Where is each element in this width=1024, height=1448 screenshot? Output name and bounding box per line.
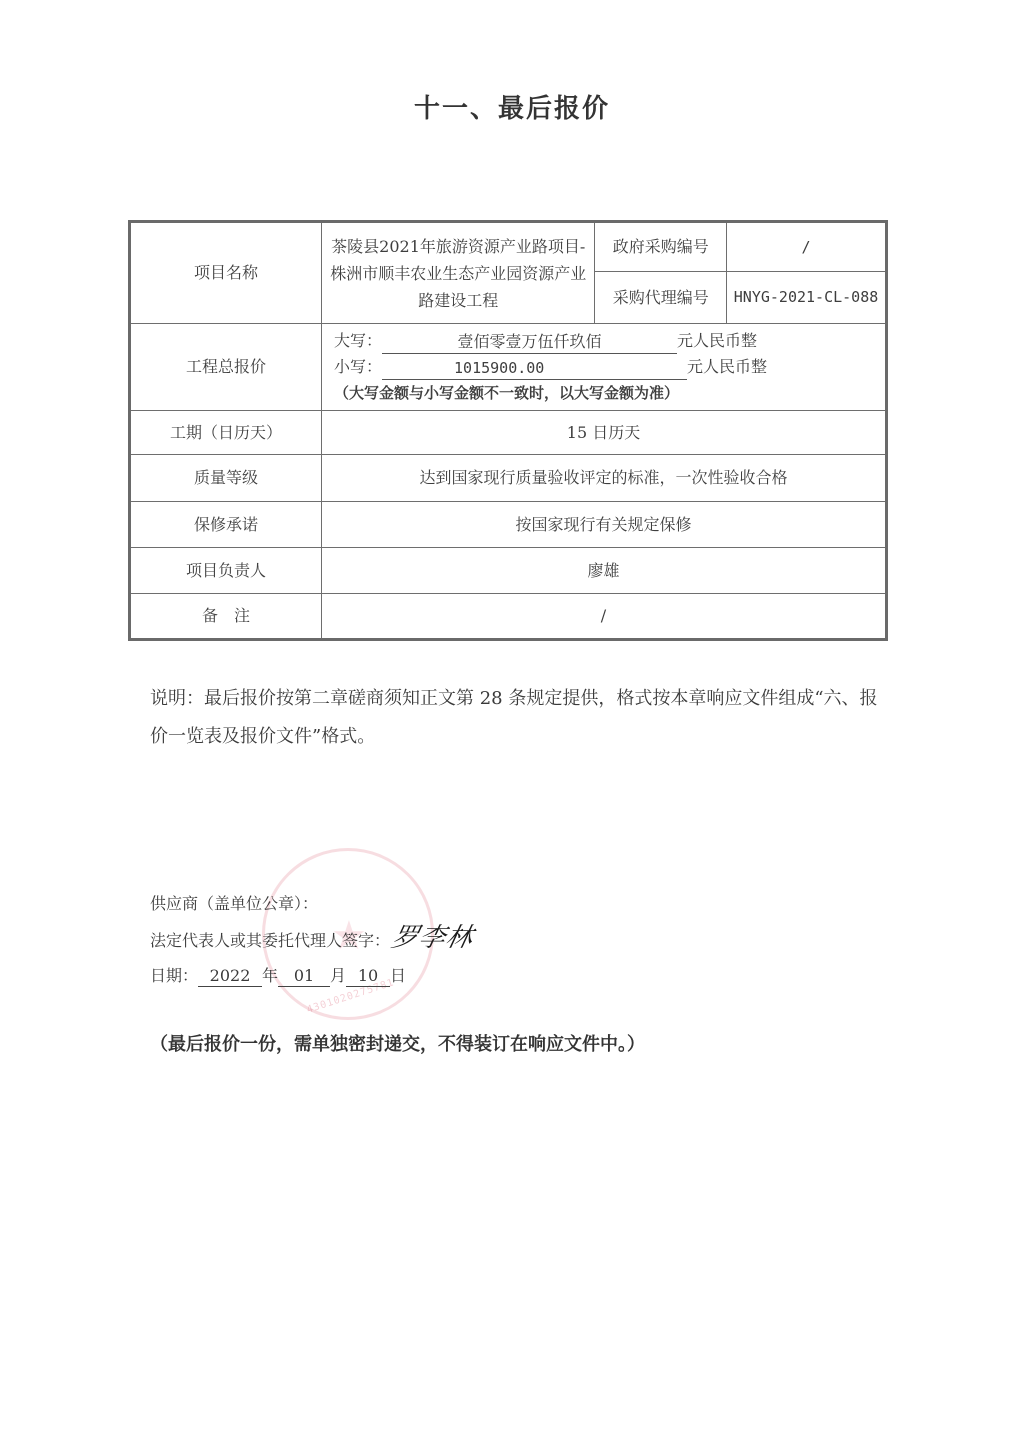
lowercase-amount-value: 1015900.00 — [454, 359, 544, 377]
explanation-note: 说明：最后报价按第二章磋商须知正文第 28 条规定提供，格式按本章响应文件组成“… — [150, 680, 880, 756]
agency-no-label: 采购代理编号 — [595, 272, 727, 324]
representative-label: 法定代表人或其委托代理人签字： — [150, 931, 390, 950]
duration-value: 15 日历天 — [322, 411, 887, 455]
uppercase-label: 大写： — [334, 331, 382, 350]
page-title: 十一、最后报价 — [0, 88, 1024, 125]
lowercase-label: 小写： — [334, 357, 382, 376]
project-name-value: 茶陵县2021年旅游资源产业路项目-株洲市顺丰农业生态产业园资源产业路建设工程 — [322, 222, 595, 324]
final-submission-note: （最后报价一份，需单独密封递交，不得装订在响应文件中。） — [150, 1030, 645, 1056]
total-price-label: 工程总报价 — [130, 324, 322, 411]
uppercase-suffix: 元人民币整 — [677, 331, 757, 350]
lowercase-line: 小写：1015900.00元人民币整 — [334, 354, 885, 380]
final-quote-table: 项目名称 茶陵县2021年旅游资源产业路项目-株洲市顺丰农业生态产业园资源产业路… — [128, 220, 888, 641]
signature-block: 供应商（盖单位公章）： 法定代表人或其委托代理人签字：罗李林 日期：2022年0… — [150, 886, 473, 993]
total-price-cell: 大写：壹佰零壹万伍仟玖佰元人民币整 小写：1015900.00元人民币整 （大写… — [322, 324, 887, 411]
remarks-value: / — [322, 594, 887, 640]
project-manager-label: 项目负责人 — [130, 548, 322, 594]
gov-procurement-no-value: / — [727, 222, 887, 272]
year-unit: 年 — [262, 966, 278, 985]
date-line: 日期：2022年01月10日 — [150, 958, 473, 993]
month-unit: 月 — [330, 966, 346, 985]
lowercase-amount: 1015900.00 — [382, 357, 687, 380]
date-label: 日期： — [150, 966, 198, 985]
warranty-label: 保修承诺 — [130, 502, 322, 548]
representative-line: 法定代表人或其委托代理人签字：罗李林 — [150, 921, 473, 958]
remarks-label: 备 注 — [130, 594, 322, 640]
price-note: （大写金额与小写金额不一致时，以大写金额为准） — [334, 380, 885, 406]
supplier-label: 供应商（盖单位公章）： — [150, 886, 473, 921]
date-day: 10 — [346, 966, 390, 987]
quality-value: 达到国家现行质量验收评定的标准，一次性验收合格 — [322, 455, 887, 502]
lowercase-suffix: 元人民币整 — [687, 357, 767, 376]
uppercase-amount: 壹佰零壹万伍仟玖佰 — [382, 331, 677, 354]
duration-label: 工期（日历天） — [130, 411, 322, 455]
quality-label: 质量等级 — [130, 455, 322, 502]
day-unit: 日 — [390, 966, 406, 985]
date-year: 2022 — [198, 966, 262, 987]
project-name-label: 项目名称 — [130, 222, 322, 324]
gov-procurement-no-label: 政府采购编号 — [595, 222, 727, 272]
agency-no-value: HNYG-2021-CL-088 — [727, 272, 887, 324]
warranty-value: 按国家现行有关规定保修 — [322, 502, 887, 548]
uppercase-line: 大写：壹佰零壹万伍仟玖佰元人民币整 — [334, 328, 885, 354]
handwritten-signature: 罗李林 — [388, 921, 476, 956]
project-manager-value: 廖雄 — [322, 548, 887, 594]
date-month: 01 — [278, 966, 330, 987]
